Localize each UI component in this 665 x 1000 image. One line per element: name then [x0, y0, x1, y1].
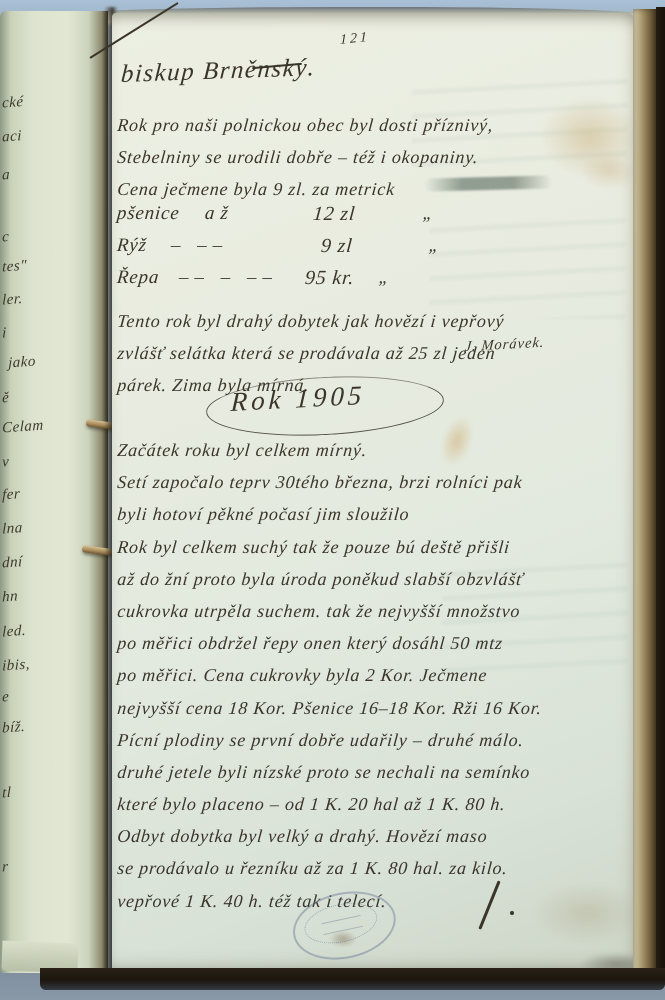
price-dashes: – –– [170, 235, 229, 257]
left-page-fragment: dní [2, 551, 72, 573]
left-page-fragment: fer [2, 483, 72, 505]
left-page-fragment: tl [2, 781, 72, 803]
paragraph-1905: Začátek roku byl celkem mírný. Setí zapo… [116, 434, 541, 917]
left-page-fragment: led. [2, 620, 72, 642]
manuscript-line: Rok pro naši polnickou obec byl dosti př… [116, 109, 495, 141]
price-row-wheat: pšenice až 12 zl „ [116, 203, 536, 235]
price-value: 12 zl [312, 203, 356, 226]
manuscript-page: 121 biskup Brněnský. Rok pro naši polnic… [112, 13, 636, 975]
paper-stain [540, 97, 640, 177]
left-page-fragment: r [2, 855, 72, 877]
manuscript-line: až do žní proto byla úroda poněkud slabš… [116, 563, 543, 595]
chronicler-signature: J. Morávek. [464, 335, 545, 356]
manuscript-line: Setí započalo teprv 30tého března, brzi … [116, 466, 543, 498]
manuscript-line: byli hotoví pěkné počasí jim sloužilo [116, 498, 543, 530]
manuscript-line: nejvyšší cena 18 Kor. Pšenice 16–18 Kor.… [116, 692, 543, 724]
paper-stain [532, 883, 642, 943]
left-page-fragment: i [2, 321, 72, 343]
price-item-label: pšenice [116, 203, 181, 225]
price-value: 9 zl [320, 235, 354, 258]
manuscript-line: se prodávalo u řezníku až za 1 K. 80 hal… [116, 852, 543, 884]
manuscript-line: Začátek roku byl celkem mírný. [116, 434, 543, 466]
price-value: 95 kr. [304, 267, 355, 290]
manuscript-line: které bylo placeno – od 1 K. 20 hal až 1… [116, 788, 543, 820]
manuscript-line: zvlášť selátka která se prodávala až 25 … [116, 337, 506, 369]
left-page-fragment: e [2, 685, 72, 707]
manuscript-line: po měřici obdržel řepy onen který dosáhl… [116, 627, 543, 659]
left-page-fragment: a [2, 163, 72, 185]
open-book: cké aci a c tes" ler. i jako ě Celam v f… [0, 7, 665, 985]
ditto-mark: „ [428, 235, 441, 256]
price-item-label: Řepa [116, 267, 160, 289]
left-page-fragment: Celam [2, 416, 72, 438]
manuscript-line: Pícní plodiny se první dobře udařily – d… [116, 724, 543, 756]
left-page-fragment: v [2, 450, 72, 472]
left-page-fragment: bíž. [2, 716, 72, 738]
left-page-fragment: ě [2, 386, 72, 408]
left-page-fragment: c [2, 225, 72, 247]
left-page-fragment: aci [2, 125, 72, 147]
left-page-fragment: tes" [2, 255, 72, 277]
price-item-label: Rýž [116, 235, 148, 257]
left-page-fragment: jako [8, 351, 78, 373]
ditto-mark: „ [422, 203, 435, 224]
left-page-fragment: ler. [2, 288, 72, 310]
photo-backdrop: cké aci a c tes" ler. i jako ě Celam v f… [0, 0, 665, 1000]
chronicle-heading: biskup Brněnský. [120, 54, 317, 89]
manuscript-line: Odbyt dobytka byl velký a drahý. Hovězí … [116, 820, 543, 852]
year-heading-group: Rok 1905 [206, 375, 456, 437]
manuscript-line: po měřici. Cena cukrovky byla 2 Kor. Ječ… [116, 659, 543, 691]
left-page-fragment: cké [2, 91, 72, 113]
paragraph-intro: Rok pro naši polnickou obec byl dosti př… [116, 109, 492, 205]
manuscript-line: Stebelniny se urodili dobře – též i okop… [116, 141, 495, 173]
manuscript-line: druhé jetele byli nízské proto se nechal… [116, 756, 543, 788]
ditto-mark: „ [378, 267, 391, 288]
left-page-fragment: ibis, [2, 654, 72, 676]
price-dashes: –– – –– [178, 267, 279, 289]
manuscript-line: Cena ječmene byla 9 zl. za metrick [116, 173, 495, 205]
manuscript-line: cukrovka utrpěla suchem. tak že nejvyšší… [116, 595, 543, 627]
left-page-edge: cké aci a c tes" ler. i jako ě Celam v f… [0, 11, 108, 973]
page-number: 121 [340, 30, 370, 49]
price-row-beet: Řepa –– – –– 95 kr. „ [116, 267, 536, 299]
left-page-fragment: hn [2, 585, 72, 607]
book-cover-right-edge [656, 7, 665, 985]
page-edge-stack [633, 9, 658, 977]
price-dashes: až [204, 203, 235, 225]
book-cover-bottom-edge [40, 968, 665, 990]
paper-stain [580, 153, 640, 189]
manuscript-line: Tento rok byl drahý dobytek jak hovězí i… [116, 305, 506, 337]
left-page-fragment: lna [2, 517, 72, 539]
price-row-rice: Rýž – –– 9 zl „ [116, 235, 536, 267]
pen-dot [510, 911, 514, 915]
manuscript-line: Rok byl celkem suchý tak že pouze bú deš… [116, 531, 543, 563]
